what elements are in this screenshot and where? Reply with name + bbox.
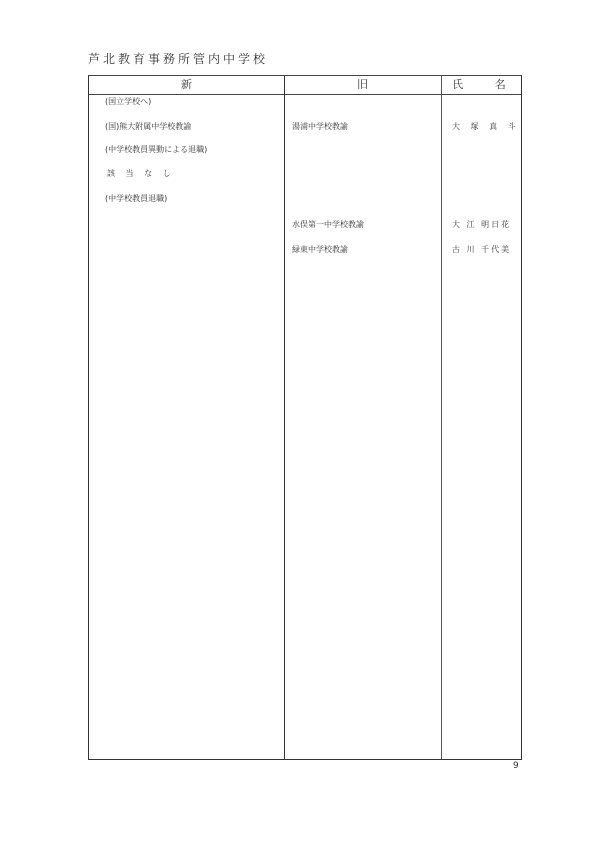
new-entry-none: 該 当 な し — [107, 168, 175, 179]
old-entry: 湯浦中学校教諭 — [292, 121, 348, 132]
new-section-transfer-retire: (中学校教員異動による退職) — [105, 144, 207, 155]
old-entry: 水俣第一中学校教諭 — [292, 219, 364, 230]
page-number: 9 — [513, 761, 519, 771]
old-entry: 緑東中学校教諭 — [292, 244, 348, 255]
person-name: 大 江 明日花 — [452, 219, 511, 230]
new-entry-kumadai: (国)熊大附属中学校教諭 — [105, 121, 191, 132]
document-title: 芦北教育事務所管内中学校 — [88, 50, 268, 67]
column-divider-1 — [284, 76, 285, 759]
column-divider-2 — [441, 76, 442, 759]
new-section-retire: (中学校教員退職) — [105, 193, 167, 204]
header-name: 氏 名 — [441, 76, 523, 94]
header-new: 新 — [89, 76, 284, 94]
person-name: 大 塚 真 斗 — [452, 121, 520, 132]
table-header-row: 新 旧 氏 名 — [89, 76, 521, 95]
header-old: 旧 — [284, 76, 441, 94]
person-name: 古 川 千代美 — [452, 244, 511, 255]
new-section-national: (国立学校へ) — [105, 96, 151, 107]
personnel-table: 新 旧 氏 名 (国立学校へ) (国)熊大附属中学校教諭 (中学校教員異動による… — [88, 75, 522, 760]
